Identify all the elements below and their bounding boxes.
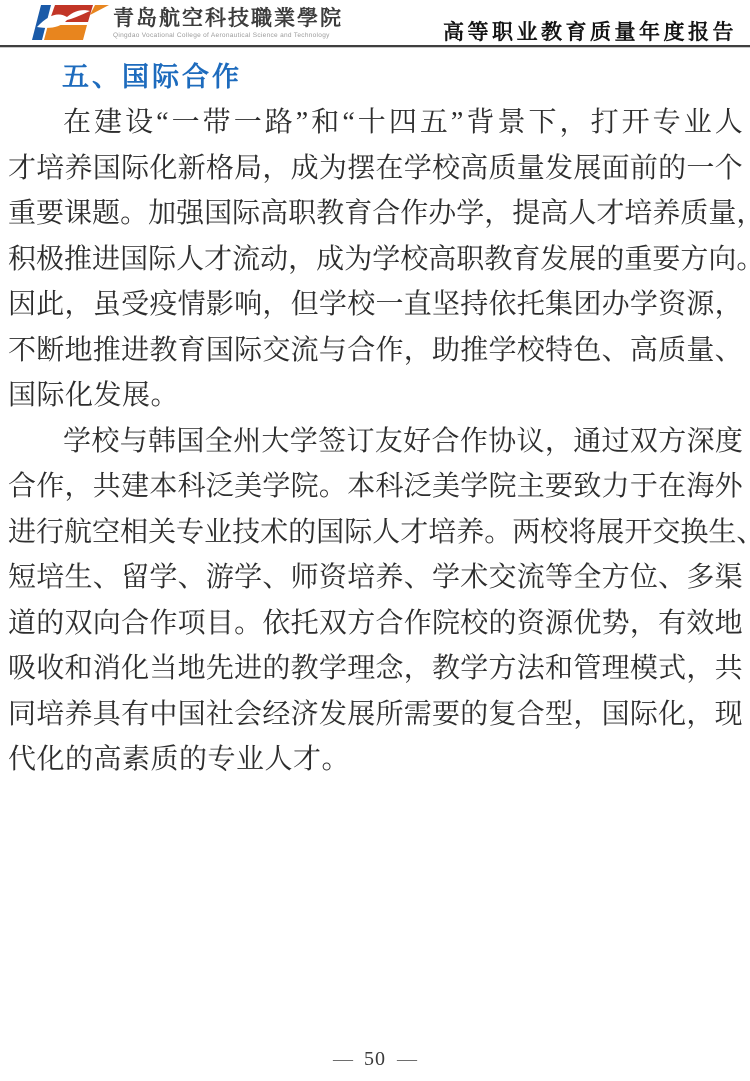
text-line: 代化的高素质的专业人才。 <box>8 737 743 783</box>
text-line: 进行航空相关专业技术的国际人才培养。两校将展开交换生、 <box>8 510 743 556</box>
footer-dash-right: — <box>397 1048 417 1070</box>
school-name-cn: 青岛航空科技職業學院 <box>113 6 343 31</box>
text-line: 合作，共建本科泛美学院。本科泛美学院主要致力于在海外 <box>8 464 743 510</box>
page-footer: —50— <box>0 1047 750 1071</box>
school-name-en: Qingdao Vocational College of Aeronautic… <box>113 32 343 39</box>
document-page: 青岛航空科技職業學院 Qingdao Vocational College of… <box>0 0 750 1081</box>
text-line: 重要课题。加强国际高职教育合作办学，提高人才培养质量， <box>8 191 743 237</box>
text-line: 道的双向合作项目。依托双方合作院校的资源优势，有效地 <box>8 601 743 647</box>
header-rule <box>0 45 750 48</box>
paragraph-international-background: 在建设“一带一路”和“十四五”背景下，打开专业人才培养国际化新格局，成为摆在学校… <box>8 100 743 419</box>
page-number: 50 <box>364 1048 386 1070</box>
report-title: 高等职业教育质量年度报告 <box>443 16 737 46</box>
text-line: 吸收和消化当地先进的教学理念，教学方法和管理模式，共 <box>8 646 743 692</box>
section-title: 五、国际合作 <box>62 61 743 93</box>
text-line: 学校与韩国全州大学签订友好合作协议，通过双方深度 <box>8 419 743 465</box>
page-header: 青岛航空科技職業學院 Qingdao Vocational College of… <box>0 0 750 49</box>
school-logo-svg <box>29 2 111 43</box>
paragraph-korea-cooperation: 学校与韩国全州大学签订友好合作协议，通过双方深度合作，共建本科泛美学院。本科泛美… <box>8 419 743 783</box>
text-line: 才培养国际化新格局，成为摆在学校高质量发展面前的一个 <box>8 146 743 192</box>
text-line: 在建设“一带一路”和“十四五”背景下，打开专业人 <box>8 100 743 146</box>
text-line: 不断地推进教育国际交流与合作，助推学校特色、高质量、 <box>8 328 743 374</box>
text-line: 同培养具有中国社会经济发展所需要的复合型，国际化，现 <box>8 692 743 738</box>
school-name-block: 青岛航空科技職業學院 Qingdao Vocational College of… <box>113 6 343 39</box>
page-body: 五、国际合作 在建设“一带一路”和“十四五”背景下，打开专业人才培养国际化新格局… <box>8 49 743 783</box>
text-line: 短培生、留学、游学、师资培养、学术交流等全方位、多渠 <box>8 555 743 601</box>
text-line: 积极推进国际人才流动，成为学校高职教育发展的重要方向。 <box>8 237 743 283</box>
footer-dash-left: — <box>333 1048 353 1070</box>
text-line: 因此，虽受疫情影响，但学校一直坚持依托集团办学资源， <box>8 282 743 328</box>
school-logo-icon <box>29 2 111 43</box>
text-line: 国际化发展。 <box>8 373 743 419</box>
